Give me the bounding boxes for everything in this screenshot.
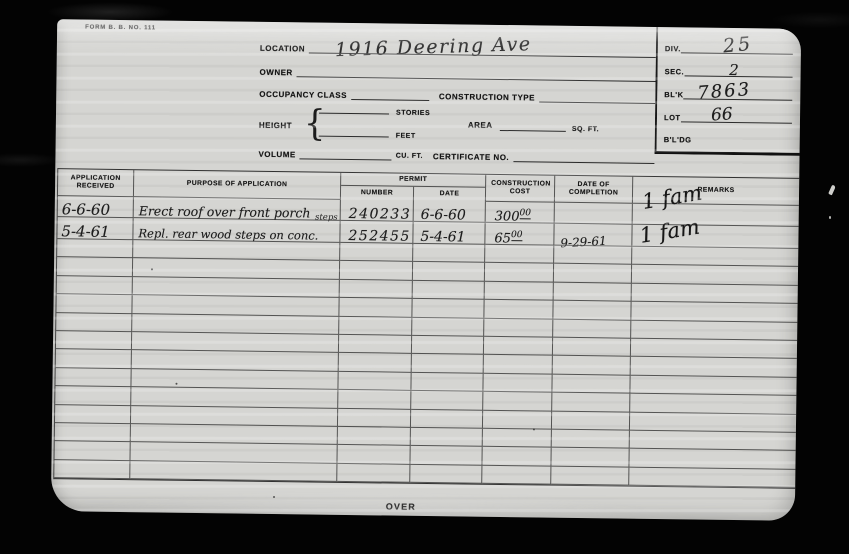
bldg-label: B'L'DG [664,135,692,144]
header-application-received: APPLICATION RECEIVED [66,174,126,191]
occupancy-class-label: OCCUPANCY CLASS [259,90,347,100]
received-handwriting: 5-4-61 [61,222,110,241]
div-handwriting: 25 [722,33,754,58]
purpose-insert-handwriting: steps [315,213,338,223]
stories-label: STORIES [396,110,430,118]
header-purpose: PURPOSE OF APPLICATION [187,180,288,189]
scanned-page: FORM B. B. NO. 111 LOCATION 1916 Deering… [0,0,849,554]
cost-handwriting: 30000 [495,208,531,225]
blk-underline: 7863 [683,88,792,100]
certificate-underline [513,151,654,164]
occupancy-class-underline [351,89,429,101]
volume-underline [300,148,392,160]
scan-speck [175,383,177,385]
sec-label: SEC. [665,67,685,76]
header-date-of-completion: DATE OF COMPLETION [565,181,621,198]
empty-rows [54,239,798,488]
sec-handwriting: 2 [729,61,739,79]
volume-row: VOLUME CU. FT. CERTIFICATE NO. [258,148,654,164]
blk-label: BL'K [664,90,683,99]
blk-field: BL'K 7863 [664,77,792,101]
lot-label: LOT [664,113,681,122]
lot-underline: 66 [680,111,792,123]
feet-underline [319,126,389,138]
location-field: LOCATION 1916 Deering Ave [260,42,656,58]
area-label: AREA [468,121,493,130]
volume-unit-label: CU. FT. [396,153,423,161]
area-unit-label: SQ. FT. [572,126,599,134]
volume-label: VOLUME [258,150,295,159]
owner-underline [297,66,656,82]
header-permit-date: DATE [440,190,460,198]
construction-type-label: CONSTRUCTION TYPE [439,92,535,102]
over-label: OVER [346,501,456,512]
form-number: FORM B. B. NO. 111 [85,25,156,32]
certificate-label: CERTIFICATE NO. [433,152,509,162]
header-permit: PERMIT [399,176,427,184]
scan-speck [273,496,275,498]
sec-field: SEC. 2 [665,54,793,78]
scan-artifact-mark [828,185,836,196]
scan-speck [151,268,153,270]
scan-speck [533,428,535,430]
area-underline [500,120,566,132]
owner-field: OWNER [260,66,656,82]
lot-handwriting: 66 [710,104,733,125]
parcel-info-box: DIV. 25 SEC. 2 BL'K 7863 LOT 66 [655,27,802,156]
occupancy-row: OCCUPANCY CLASS CONSTRUCTION TYPE [259,88,655,104]
owner-label: OWNER [260,68,293,77]
div-label: DIV. [665,44,681,53]
sec-underline: 2 [684,65,793,77]
height-label: HEIGHT [259,121,292,130]
stories-underline [319,103,389,115]
header-permit-group: PERMIT NUMBER DATE [341,173,486,202]
scan-artifact-dot [829,216,831,219]
div-field: DIV. 25 [665,31,793,55]
cost-handwriting: 6500 [494,230,522,247]
header-construction-cost: CONSTRUCTION COST [491,180,549,197]
bldg-field: B'L'DG [664,128,792,146]
feet-label: FEET [396,133,416,141]
header-permit-number: NUMBER [361,189,393,197]
location-label: LOCATION [260,44,305,54]
div-underline: 25 [681,42,793,54]
permit-table: APPLICATION RECEIVED PURPOSE OF APPLICAT… [53,168,799,489]
construction-type-underline [539,91,655,104]
location-handwriting: 1916 Deering Ave [335,33,532,61]
permit-record-card: FORM B. B. NO. 111 LOCATION 1916 Deering… [51,19,801,521]
received-handwriting: 6-6-60 [62,200,111,219]
header-remarks: REMARKS [697,187,734,195]
lot-field: LOT 66 [664,100,792,124]
location-underline: 1916 Deering Ave [309,42,656,58]
